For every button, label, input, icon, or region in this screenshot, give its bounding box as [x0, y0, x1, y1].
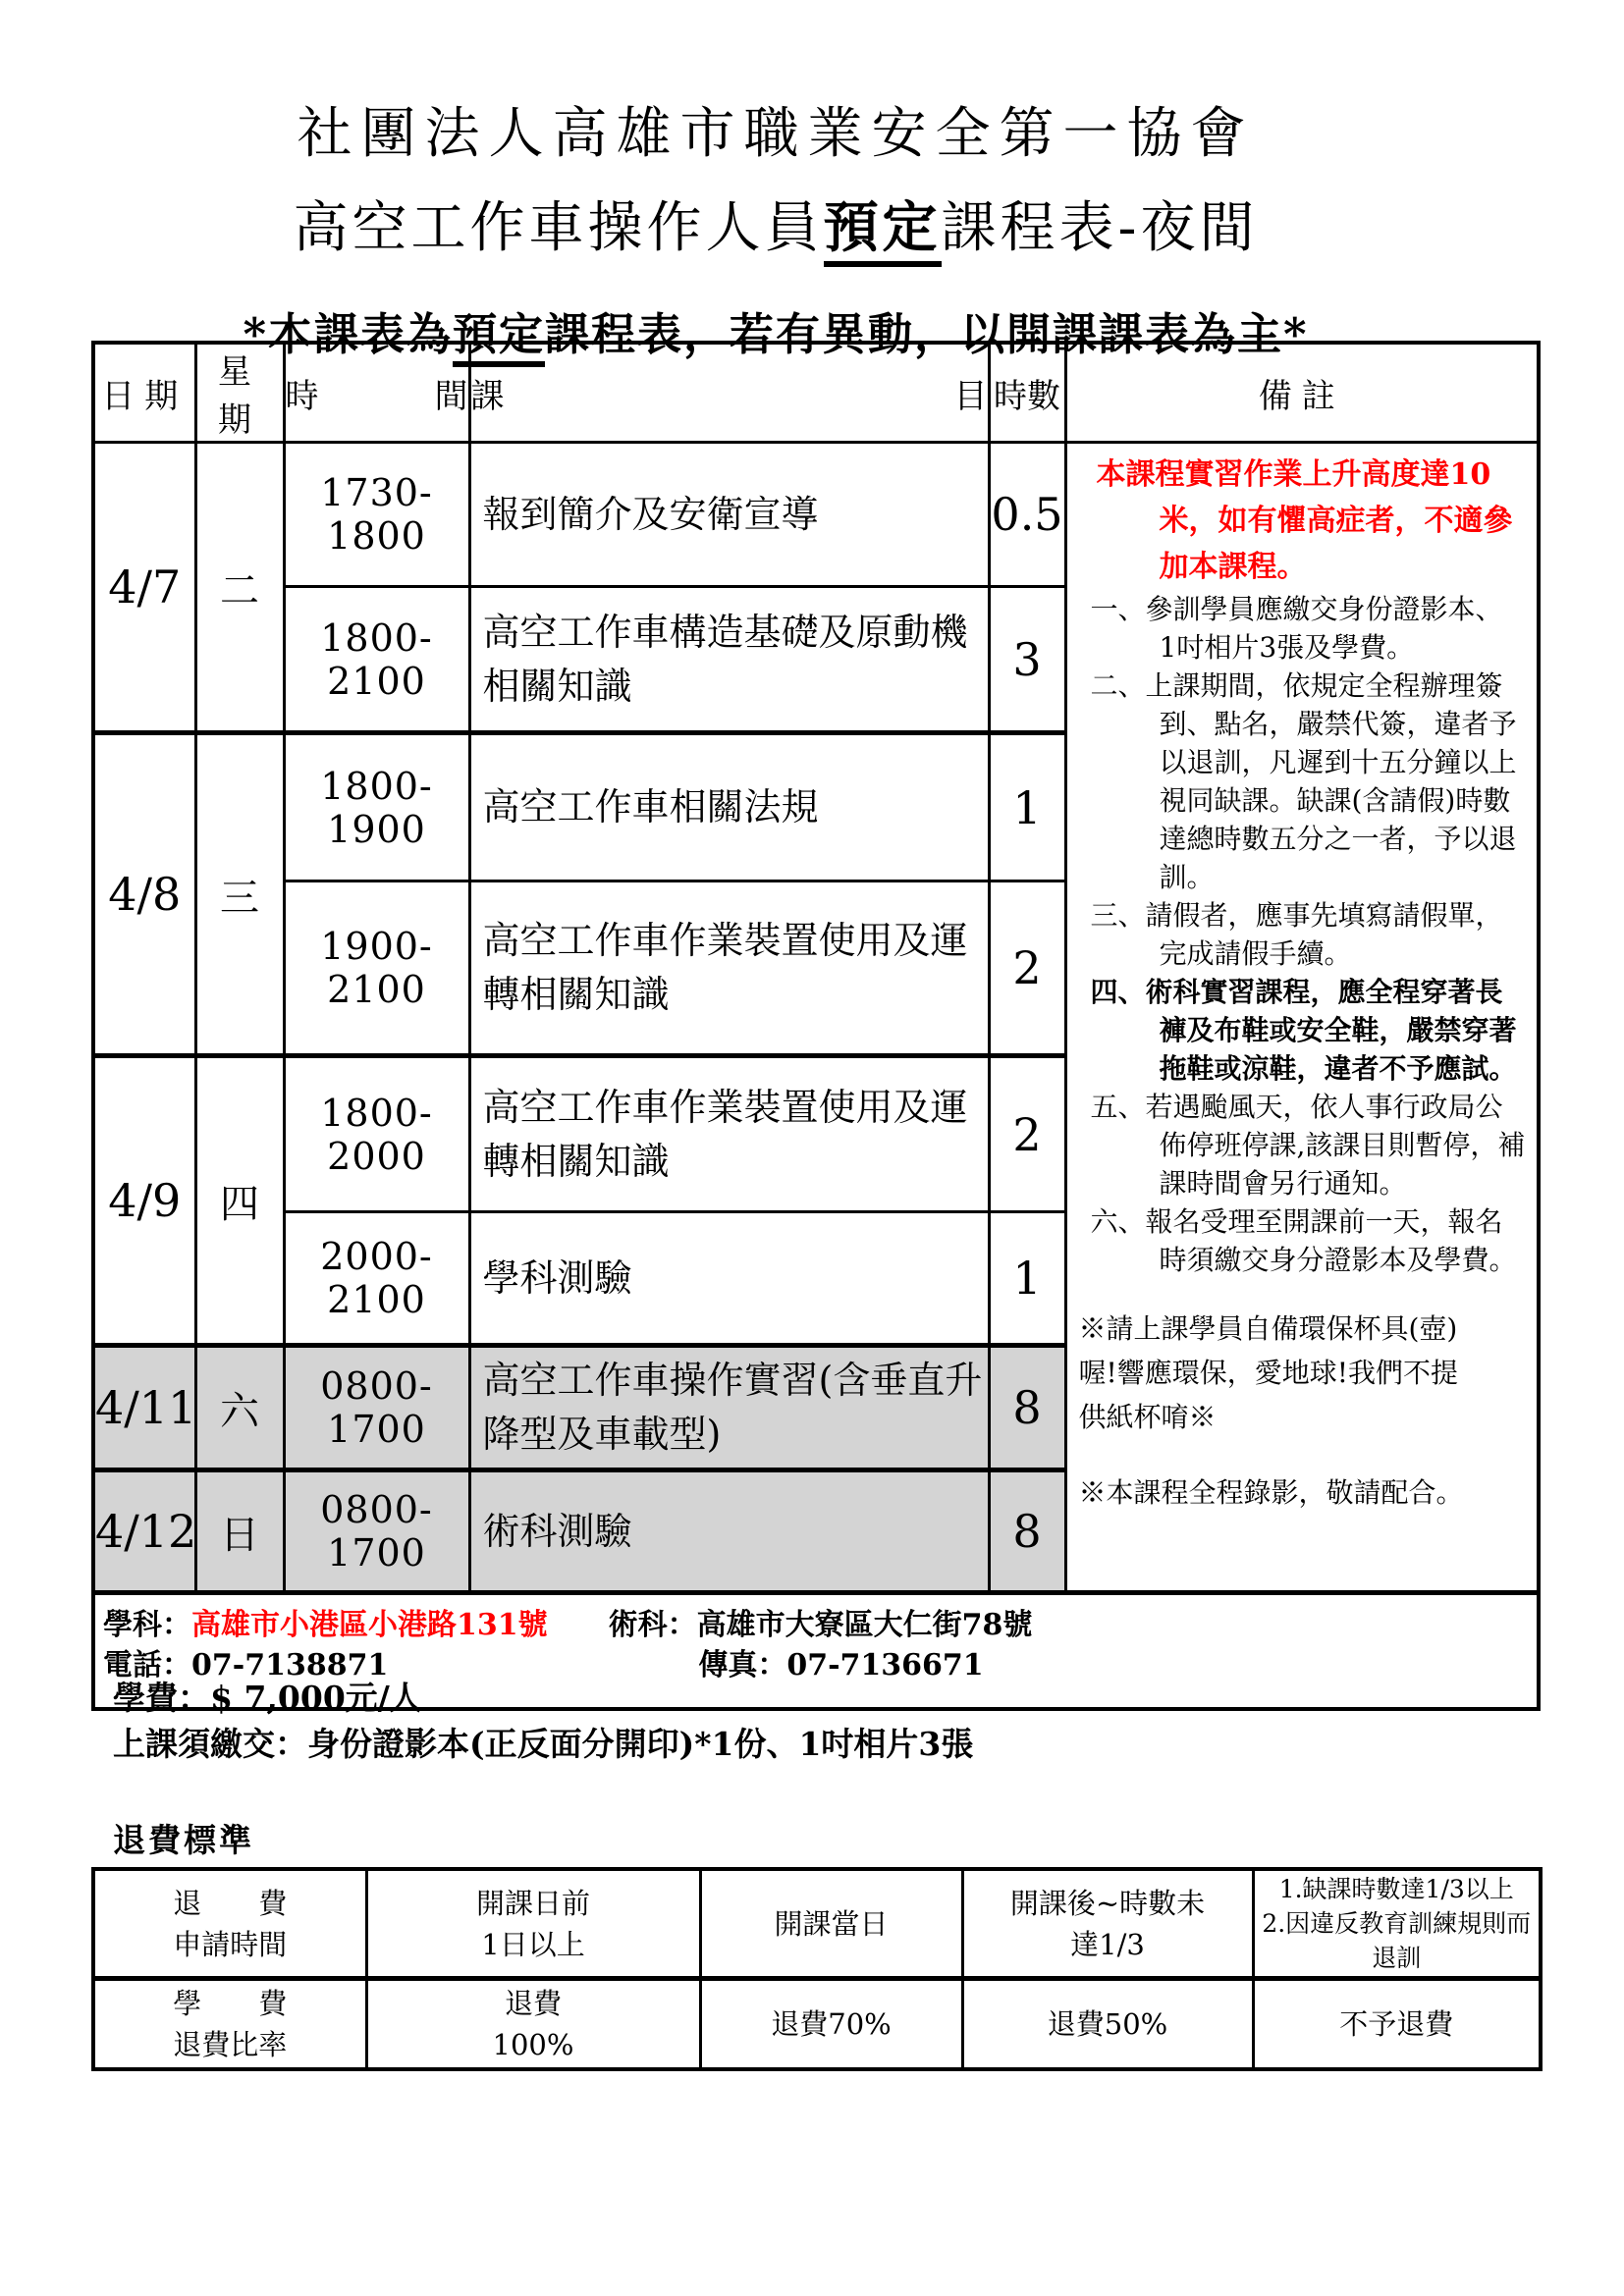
theory-location-label: 學科： [103, 1608, 191, 1642]
col-header-course: 課目 [469, 343, 989, 443]
hours-cell: 3 [989, 587, 1065, 733]
time-cell: 1800-2000 [284, 1056, 469, 1212]
document-header: 社團法人高雄市職業安全第一協會 高空工作車操作人員預定課程表-夜間 *本課表為預… [0, 0, 1551, 362]
note-item-3: 三、請假者，應事先填寫請假單， 完成請假手續。 [1077, 896, 1532, 973]
schedule-header-row: 日期 星期 時間 課目 時數 備註 [93, 343, 1539, 443]
col-header-weekday: 星期 [195, 343, 284, 443]
course-title-pre: 高空工作車操作人員 [294, 196, 824, 260]
course-cell: 術科測驗 [469, 1470, 989, 1593]
course-cell: 報到簡介及安衛宣導 [469, 443, 989, 587]
time-cell: 2000-2100 [284, 1212, 469, 1346]
weekday-cell: 四 [195, 1056, 284, 1346]
hours-cell: 2 [989, 881, 1065, 1056]
eco-note: ※請上課學員自備環保杯具(壺) 喔!響應環保，愛地球!我們不提 供紙杯唷※ [1077, 1307, 1532, 1439]
weekday-cell: 二 [195, 443, 284, 733]
refund-value-row: 學 費 退費比率 退費 100% 退費70% 退費50% 不予退費 [93, 1979, 1541, 2070]
course-cell: 高空工作車相關法規 [469, 733, 989, 881]
note-item-2: 二、上課期間，依規定全程辦理簽 到、點名，嚴禁代簽，違者予 以退訓，凡遲到十五分… [1077, 667, 1532, 896]
refund-disqualified-header: 1.缺課時數達1/3以上 2.因違反教育訓練規則而 退訓 [1253, 1869, 1541, 1979]
time-cell: 0800-1700 [284, 1346, 469, 1470]
course-title-post: 課程表-夜間 [942, 196, 1259, 260]
height-warning-note: 本課程實習作業上升高度達10 米，如有懼高症者，不適參 加本課程。 [1077, 452, 1532, 590]
date-cell: 4/11 [93, 1346, 195, 1470]
refund-before-start-header: 開課日前 1日以上 [366, 1869, 700, 1979]
schedule-row: 4/7 二 1730-1800 報到簡介及安衛宣導 0.5 本課程實習作業上升高… [93, 443, 1539, 587]
weekday-cell: 三 [195, 733, 284, 1056]
theory-location-address: 高雄市小港區小港路131號 [191, 1608, 548, 1642]
weekday-cell: 六 [195, 1346, 284, 1470]
refund-table: 退 費 申請時間 開課日前 1日以上 開課當日 開課後~時數未 達1/3 1.缺… [91, 1867, 1543, 2071]
refund-100-cell: 退費 100% [366, 1979, 700, 2070]
date-cell: 4/8 [93, 733, 195, 1056]
date-cell: 4/7 [93, 443, 195, 733]
address-line: 學科：高雄市小港區小港路131號術科：高雄市大寮區大仁街78號 [103, 1605, 1537, 1645]
organization-title: 社團法人高雄市職業安全第一協會 [0, 90, 1551, 169]
refund-standard-heading: 退費標準 [113, 1815, 254, 1861]
refund-50-cell: 退費50% [962, 1979, 1253, 2070]
weekday-cell: 日 [195, 1470, 284, 1593]
course-cell: 學科測驗 [469, 1212, 989, 1346]
schedule-table: 日期 星期 時間 課目 時數 備註 4/7 二 1730-1800 報到簡介及安… [91, 341, 1541, 1711]
hours-cell: 2 [989, 1056, 1065, 1212]
col-header-notes: 備註 [1065, 343, 1539, 443]
notes-cell: 本課程實習作業上升高度達10 米，如有懼高症者，不適參 加本課程。 一、參訓學員… [1065, 443, 1539, 1593]
hours-cell: 8 [989, 1346, 1065, 1470]
course-cell: 高空工作車作業裝置使用及運 轉相關知識 [469, 1056, 989, 1212]
date-cell: 4/12 [93, 1470, 195, 1593]
tuition-fee-line: 學費：$ 7,000元/人 [113, 1675, 973, 1721]
practice-location-address: 高雄市大寮區大仁街78號 [697, 1608, 1033, 1642]
time-cell: 1800-1900 [284, 733, 469, 881]
date-cell: 4/9 [93, 1056, 195, 1346]
time-cell: 1730-1800 [284, 443, 469, 587]
refund-none-cell: 不予退費 [1253, 1979, 1541, 2070]
note-item-5: 五、若遇颱風天，依人事行政局公 佈停班停課,該課目則暫停，補 課時間會另行通知。 [1077, 1088, 1532, 1202]
course-title-emphasis: 預定 [824, 195, 942, 267]
hours-cell: 0.5 [989, 443, 1065, 587]
hours-cell: 1 [989, 733, 1065, 881]
practice-location-label: 術科： [609, 1608, 697, 1642]
refund-apply-time-header: 退 費 申請時間 [93, 1869, 366, 1979]
fees-block: 學費：$ 7,000元/人 上課須繳交：身份證影本(正反面分開印)*1份、1吋相… [113, 1675, 973, 1767]
hours-cell: 8 [989, 1470, 1065, 1593]
refund-after-start-header: 開課後~時數未 達1/3 [962, 1869, 1253, 1979]
course-title: 高空工作車操作人員預定課程表-夜間 [0, 185, 1551, 263]
refund-70-cell: 退費70% [700, 1979, 962, 2070]
col-header-time: 時間 [284, 343, 469, 443]
col-header-date: 日期 [93, 343, 195, 443]
required-documents-line: 上課須繳交：身份證影本(正反面分開印)*1份、1吋相片3張 [113, 1721, 973, 1767]
course-cell: 高空工作車作業裝置使用及運 轉相關知識 [469, 881, 989, 1056]
col-header-hours: 時數 [989, 343, 1065, 443]
refund-start-day-header: 開課當日 [700, 1869, 962, 1979]
course-cell: 高空工作車構造基礎及原動機 相關知識 [469, 587, 989, 733]
note-item-6: 六、報名受理至開課前一天，報名 時須繳交身分證影本及學費。 [1077, 1202, 1532, 1279]
recording-note: ※本課程全程錄影，敬請配合。 [1077, 1470, 1532, 1515]
refund-ratio-label: 學 費 退費比率 [93, 1979, 366, 2070]
time-cell: 1900-2100 [284, 881, 469, 1056]
course-cell: 高空工作車操作實習(含垂直升 降型及車載型) [469, 1346, 989, 1470]
time-cell: 0800-1700 [284, 1470, 469, 1593]
note-item-1: 一、參訓學員應繳交身份證影本、 1吋相片3張及學費。 [1077, 590, 1532, 667]
time-cell: 1800-2100 [284, 587, 469, 733]
hours-cell: 1 [989, 1212, 1065, 1346]
note-item-4: 四、術科實習課程，應全程穿著長 褲及布鞋或安全鞋，嚴禁穿著 拖鞋或涼鞋，違者不予… [1077, 973, 1532, 1088]
refund-header-row: 退 費 申請時間 開課日前 1日以上 開課當日 開課後~時數未 達1/3 1.缺… [93, 1869, 1541, 1979]
document-page: 社團法人高雄市職業安全第一協會 高空工作車操作人員預定課程表-夜間 *本課表為預… [0, 0, 1624, 2296]
